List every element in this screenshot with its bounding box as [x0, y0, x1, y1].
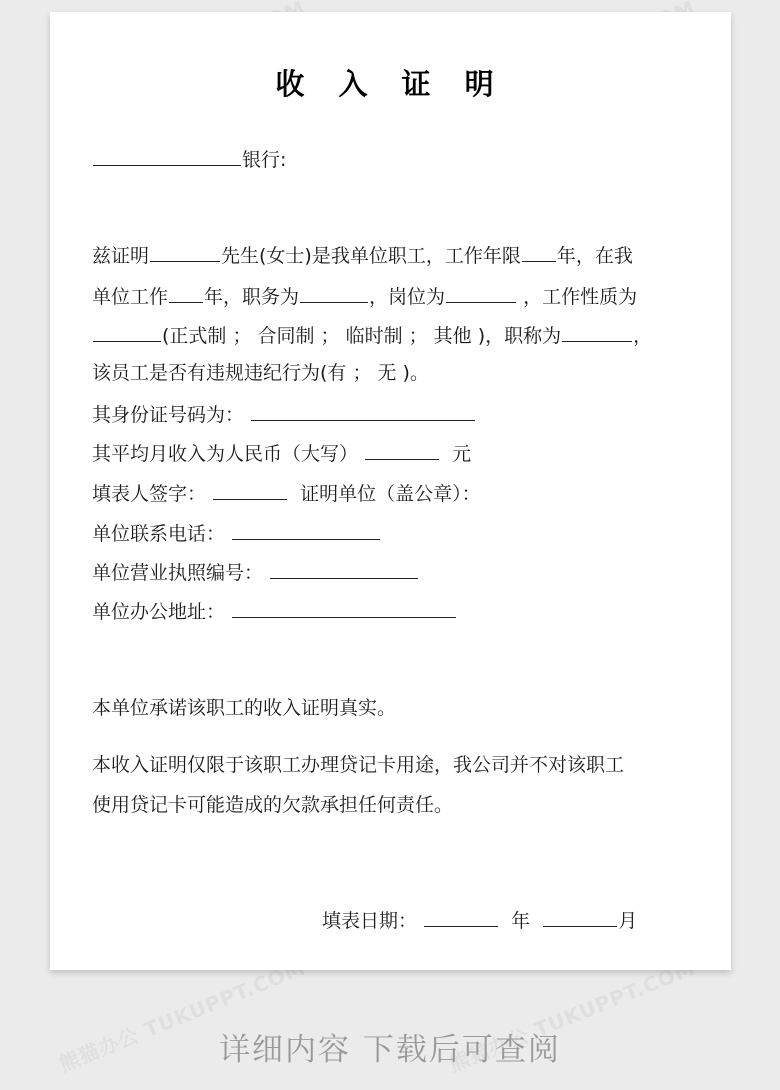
bank-name-blank[interactable] — [93, 146, 241, 166]
work-years-blank[interactable] — [522, 242, 556, 262]
income-field: 其平均月收入为人民币（大写） 元 — [92, 440, 471, 466]
paragraph-line-4: 该员工是否有违规违纪行为(有 ； 无 )。 — [92, 361, 429, 385]
paragraph-line-3: (正式制 ； 合同制 ； 临时制 ； 其他 )，职称为， — [92, 322, 652, 348]
employee-name-blank[interactable] — [150, 242, 220, 262]
disclaimer-line-2: 使用贷记卡可能造成的欠款承担任何责任。 — [92, 793, 453, 817]
document-page: 收 入 证 明 银行: 兹证明先生(女士)是我单位职工，工作年限年，在我 单位工… — [50, 12, 731, 970]
paragraph-line-1: 兹证明先生(女士)是我单位职工，工作年限年，在我 — [92, 242, 633, 268]
phone-field: 单位联系电话： — [92, 520, 381, 546]
disclaimer-line-1: 本收入证明仅限于该职工办理贷记卡用途，我公司并不对该职工 — [92, 753, 624, 777]
document-title: 收 入 证 明 — [50, 62, 731, 103]
work-nature-blank[interactable] — [93, 322, 161, 342]
unit-years-blank[interactable] — [169, 283, 203, 303]
signature-field: 填表人签字： 证明单位（盖公章）： — [92, 480, 481, 506]
license-field: 单位营业执照编号： — [92, 559, 419, 585]
duty-blank[interactable] — [300, 283, 368, 303]
commitment-text: 本单位承诺该职工的收入证明真实。 — [92, 696, 396, 720]
footer-note: 详细内容 下载后可查阅 — [0, 1024, 780, 1069]
phone-blank[interactable] — [232, 520, 380, 540]
date-year-blank[interactable] — [424, 907, 498, 927]
id-number-blank[interactable] — [251, 401, 475, 421]
license-blank[interactable] — [270, 559, 418, 579]
filler-sign-blank[interactable] — [213, 480, 287, 500]
post-blank[interactable] — [446, 283, 516, 303]
address-field: 单位办公地址： — [92, 598, 457, 624]
title-rank-blank[interactable] — [562, 322, 632, 342]
paragraph-line-2: 单位工作年，职务为，岗位为 ，工作性质为 — [92, 283, 637, 309]
date-month-blank[interactable] — [543, 907, 617, 927]
date-line: 填表日期： 年 月 — [322, 907, 637, 933]
bank-line: 银行: — [92, 146, 286, 172]
address-blank[interactable] — [232, 598, 456, 618]
id-number-field: 其身份证号码为： — [92, 401, 476, 427]
income-blank[interactable] — [365, 440, 439, 460]
